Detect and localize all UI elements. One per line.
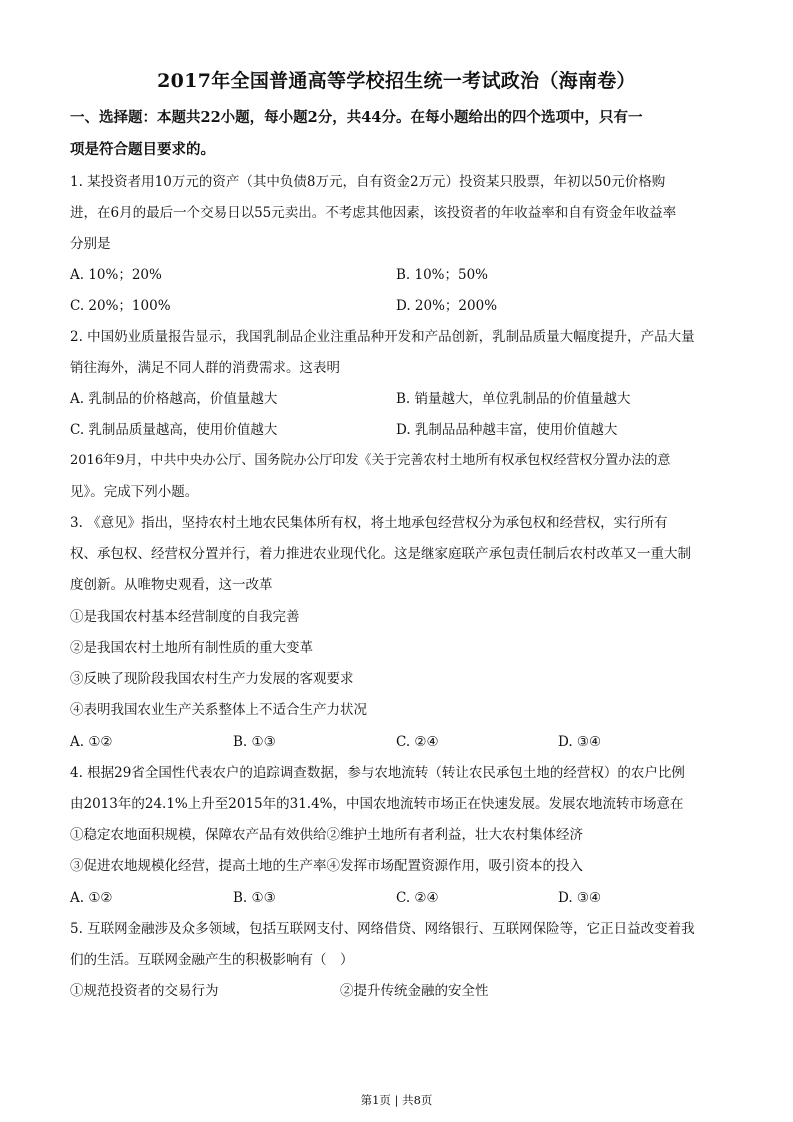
page-title: 2017年全国普通高等学校招生统一考试政治（海南卷） xyxy=(0,66,793,93)
document-page: 2017年全国普通高等学校招生统一考试政治（海南卷） 一、选择题：本题共22小题… xyxy=(0,0,793,1122)
section-heading-line-1: 一、选择题：本题共22小题，每小题2分，共44分。在每小题给出的四个选项中，只有… xyxy=(70,108,642,128)
q3-option-c: C. ②④ xyxy=(396,732,439,752)
q1-option-b: B. 10%；50% xyxy=(396,265,488,285)
q3-line-2: 权、承包权、经营权分置并行，着力推进农业现代化。这是继家庭联产承包责任制后农村改… xyxy=(70,544,691,564)
page-footer: 第1页 | 共8页 xyxy=(0,1092,793,1108)
q5-item-2: ②提升传统金融的安全性 xyxy=(340,981,489,1001)
q3-item-3: ③反映了现阶段我国农村生产力发展的客观要求 xyxy=(70,669,354,689)
material-line-1: 2016年9月，中共中央办公厅、国务院办公厅印发《关于完善农村土地所有权承包权经… xyxy=(70,451,670,471)
q5-item-1: ①规范投资者的交易行为 xyxy=(70,981,219,1001)
q3-option-b: B. ①③ xyxy=(233,732,276,752)
q3-item-1: ①是我国农村基本经营制度的自我完善 xyxy=(70,607,300,627)
q2-line-2: 销往海外，满足不同人群的消费需求。这表明 xyxy=(70,358,340,378)
q1-line-3: 分别是 xyxy=(70,234,111,254)
q3-option-a: A. ①② xyxy=(70,732,113,752)
q2-option-c: C. 乳制品质量越高，使用价值越大 xyxy=(70,420,277,440)
q2-option-d: D. 乳制品品种越丰富，使用价值越大 xyxy=(396,420,617,440)
q1-option-d: D. 20%；200% xyxy=(396,296,497,316)
q4-line-1: 4. 根据29省全国性代表农户的追踪调查数据，参与农地流转（转让农民承包土地的经… xyxy=(70,763,685,783)
q1-line-2: 进，在6月的最后一个交易日以55元卖出。不考虑其他因素，该投资者的年收益率和自有… xyxy=(70,203,676,223)
q4-line-3: ①稳定农地面积规模，保障农产品有效供给②维护土地所有者利益，壮大农村集体经济 xyxy=(70,825,583,845)
section-heading-line-2: 项是符合题目要求的。 xyxy=(70,140,215,160)
q5-line-1: 5. 互联网金融涉及众多领域，包括互联网支付、网络借贷、网络银行、互联网保险等，… xyxy=(70,919,695,939)
material-line-2: 见》。完成下列小题。 xyxy=(70,482,198,502)
q4-line-2: 由2013年的24.1%上升至2015年的31.4%，中国农地流转市场正在快速发… xyxy=(70,794,683,814)
q3-item-4: ④表明我国农业生产关系整体上不适合生产力状况 xyxy=(70,700,367,720)
q4-option-d: D. ③④ xyxy=(558,888,601,908)
q3-option-d: D. ③④ xyxy=(558,732,601,752)
q3-line-1: 3. 《意见》指出，坚持农村土地农民集体所有权，将土地承包经营权分为承包权和经营… xyxy=(70,513,668,533)
q4-option-b: B. ①③ xyxy=(233,888,276,908)
q3-line-3: 度创新。从唯物史观看，这一改革 xyxy=(70,575,273,595)
q4-line-4: ③促进农地规模化经营，提高土地的生产率④发挥市场配置资源作用，吸引资本的投入 xyxy=(70,856,583,876)
q3-item-2: ②是我国农村土地所有制性质的重大变革 xyxy=(70,638,313,658)
q2-option-b: B. 销量越大，单位乳制品的价值量越大 xyxy=(396,389,631,409)
q1-option-c: C. 20%；100% xyxy=(70,296,171,316)
q2-line-1: 2. 中国奶业质量报告显示，我国乳制品企业注重品种开发和产品创新，乳制品质量大幅… xyxy=(70,327,695,347)
q1-line-1: 1. 某投资者用10万元的资产（其中负债8万元，自有资金2万元）投资某只股票，年… xyxy=(70,172,665,192)
q1-option-a: A. 10%；20% xyxy=(70,265,162,285)
q4-option-c: C. ②④ xyxy=(396,888,439,908)
q2-option-a: A. 乳制品的价格越高，价值量越大 xyxy=(70,389,277,409)
q4-option-a: A. ①② xyxy=(70,888,113,908)
q5-line-2: 们的生活。互联网金融产生的积极影响有（ ） xyxy=(70,950,354,970)
